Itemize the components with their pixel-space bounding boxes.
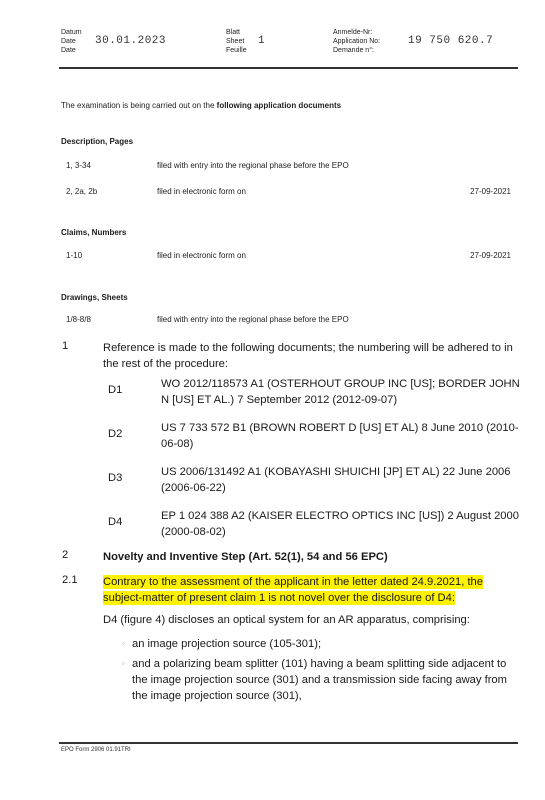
section-2-heading: Novelty and Inventive Step (Art. 52(1), … bbox=[103, 549, 388, 565]
drawings-heading: Drawings, Sheets bbox=[61, 293, 128, 302]
description-row-filed: filed with entry into the regional phase… bbox=[157, 161, 349, 170]
claims-row-date: 27-09-2021 bbox=[431, 251, 511, 260]
description-row-pages: 2, 2a, 2b bbox=[66, 187, 97, 196]
document-citation: US 7 733 572 B1 (BROWN ROBERT D [US] ET … bbox=[161, 420, 521, 452]
intro-bold: following application documents bbox=[217, 101, 341, 110]
drawings-row-sheets: 1/8-8/8 bbox=[66, 315, 91, 324]
application-label-fr: Demande n°: bbox=[333, 46, 380, 55]
section-1-number: 1 bbox=[62, 340, 68, 352]
bullet-item: and a polarizing beam splitter (101) hav… bbox=[132, 656, 517, 704]
description-heading: Description, Pages bbox=[61, 137, 133, 146]
document-citation: EP 1 024 388 A2 (KAISER ELECTRO OPTICS I… bbox=[161, 508, 521, 540]
claims-row-numbers: 1-10 bbox=[66, 251, 82, 260]
application-label-group: Anmelde-Nr: Application No: Demande n°: bbox=[333, 28, 380, 55]
application-label-de: Anmelde-Nr: bbox=[333, 28, 380, 37]
bullet-icon: ◦ bbox=[122, 659, 125, 668]
document-id: D3 bbox=[108, 472, 122, 484]
section-1-text: Reference is made to the following docum… bbox=[103, 340, 518, 372]
date-label-group: Datum Date Date bbox=[61, 28, 82, 55]
document-id: D4 bbox=[108, 516, 122, 528]
section-2-number: 2 bbox=[62, 549, 68, 561]
sheet-value: 1 bbox=[258, 35, 265, 47]
claims-heading: Claims, Numbers bbox=[61, 228, 126, 237]
intro-plain: The examination is being carried out on … bbox=[61, 101, 217, 110]
bullet-icon: ◦ bbox=[122, 639, 125, 648]
description-row-pages: 1, 3-34 bbox=[66, 161, 91, 170]
header-divider bbox=[59, 67, 518, 69]
document-id: D2 bbox=[108, 428, 122, 440]
document-id: D1 bbox=[108, 384, 122, 396]
description-row-date: 27-09-2021 bbox=[431, 187, 511, 196]
description-row-filed: filed in electronic form on bbox=[157, 187, 246, 196]
intro-text: The examination is being carried out on … bbox=[61, 101, 341, 110]
footer-divider bbox=[59, 742, 518, 744]
sheet-label-en: Sheet bbox=[226, 37, 247, 46]
claims-row-filed: filed in electronic form on bbox=[157, 251, 246, 260]
date-label-en: Date bbox=[61, 37, 82, 46]
document-citation: WO 2012/118573 A1 (OSTERHOUT GROUP INC [… bbox=[161, 376, 521, 408]
drawings-row-filed: filed with entry into the regional phase… bbox=[157, 315, 349, 324]
section-2-1-highlighted-paragraph: Contrary to the assessment of the applic… bbox=[103, 574, 518, 606]
document-citation: US 2006/131492 A1 (KOBAYASHI SHUICHI [JP… bbox=[161, 464, 521, 496]
sheet-label-group: Blatt Sheet Feuille bbox=[226, 28, 247, 55]
sheet-label-de: Blatt bbox=[226, 28, 247, 37]
disclosure-intro: D4 (figure 4) discloses an optical syste… bbox=[103, 612, 518, 628]
sheet-label-fr: Feuille bbox=[226, 46, 247, 55]
bullet-item: an image projection source (105-301); bbox=[132, 636, 517, 652]
date-label-fr: Date bbox=[61, 46, 82, 55]
date-value: 30.01.2023 bbox=[95, 35, 166, 47]
section-2-1-number: 2.1 bbox=[62, 574, 78, 586]
highlighted-text: Contrary to the assessment of the applic… bbox=[103, 575, 483, 605]
application-label-en: Application No: bbox=[333, 37, 380, 46]
form-label: EPO Form 2906 01.91TRI bbox=[61, 747, 131, 753]
date-label-de: Datum bbox=[61, 28, 82, 37]
application-number: 19 750 620.7 bbox=[408, 35, 493, 47]
